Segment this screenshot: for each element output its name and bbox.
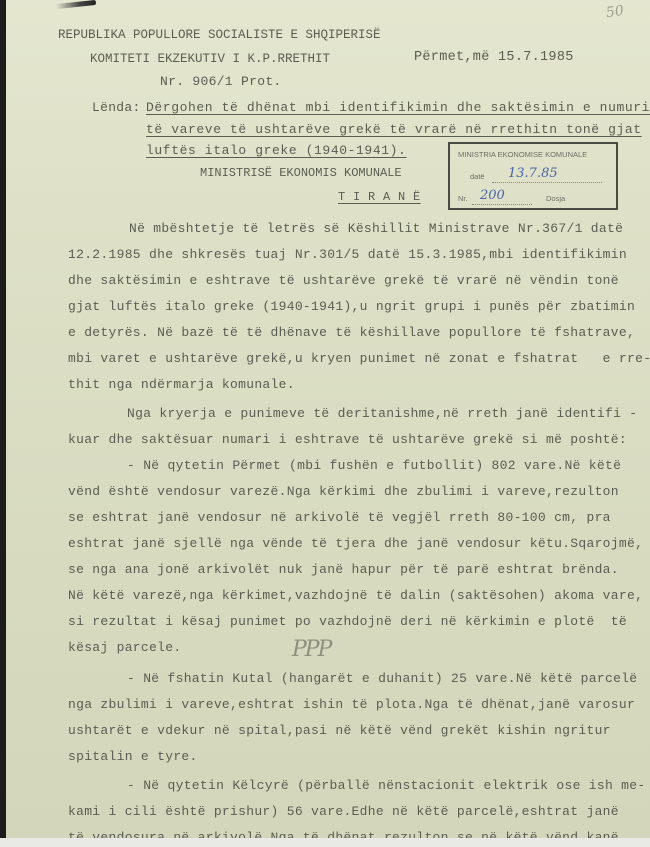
recipient-ministry: MINISTRISË EKONOMIS KOMUNALE (200, 166, 402, 180)
body-line: spitalin e tyre. (68, 749, 198, 764)
registration-stamp: MINISTRIA EKONOMISE KOMUNALE datë 13.7.8… (448, 142, 618, 210)
body-line: mbi varet e ushtarëve grekë,u kryen puni… (68, 351, 650, 366)
subject-line: të vareve të ushtarëve grekë të vrarë në… (146, 122, 642, 137)
body-line: ushtarët e vdekur në spital,pasi në këtë… (68, 723, 611, 738)
ink-mark (56, 0, 96, 9)
body-line: e detyrës. Në bazë të të dhënave të kësh… (68, 325, 635, 340)
body-line: nga zbulimi i vareve,eshtrat ishin të pl… (68, 697, 635, 712)
header-committee: KOMITETI EKZEKUTIV I K.P.RRETHIT (90, 52, 330, 66)
stamp-date-line (492, 182, 602, 183)
body-line: thit nga ndërmarja komunale. (68, 377, 295, 392)
body-line: gjat luftës italo greke (1940-1941),u ng… (68, 299, 635, 314)
handwritten-page-number: 50 (605, 3, 625, 21)
place-date: Përmet,më 15.7.1985 (414, 50, 574, 65)
subject-line: luftës italo greke (1940-1941). (146, 143, 406, 158)
subject-label: Lënda: (92, 100, 141, 115)
protocol-number: Nr. 906/1 Prot. (160, 74, 282, 89)
margin-annotation: PPP (292, 637, 330, 662)
body-line: si rezultat i kësaj punimet po vazhdojnë… (68, 614, 627, 629)
body-line: Në këtë varezë,nga kërkimet,vazhdojnë të… (68, 588, 643, 603)
bottom-edge (0, 838, 650, 847)
document-page: 50 REPUBLIKA POPULLORE SOCIALISTE E SHQI… (6, 0, 650, 838)
stamp-date-value: 13.7.85 (508, 166, 558, 181)
body-line: të vendosura në arkivolë.Nga të dhënat r… (68, 830, 619, 838)
body-line: - Në qytetin Përmet (mbi fushën e futbol… (127, 458, 621, 473)
body-line: Nga kryerja e punimeve të deritanishme,n… (127, 406, 637, 421)
stamp-number-line (472, 204, 532, 205)
header-republic: REPUBLIKA POPULLORE SOCIALISTE E SHQIPER… (58, 28, 381, 42)
body-line: - Në qytetin Këlcyrë (përballë nënstacio… (127, 778, 645, 793)
body-line: eshtrat janë sjellë nga vënde të tjera d… (68, 536, 643, 551)
body-line: vënd është vendosur varezë.Nga kërkimi d… (68, 484, 619, 499)
body-line: kësaj parcele. (68, 640, 181, 655)
body-line: 12.2.1985 dhe shkresës tuaj Nr.301/5 dat… (68, 247, 627, 262)
recipient-city: T I R A N Ë (338, 190, 421, 204)
body-line: kuar dhe saktësuar numari i eshtrave të … (68, 432, 627, 447)
stamp-file-label: Dosja (546, 194, 565, 203)
stamp-title: MINISTRIA EKONOMISE KOMUNALE (458, 150, 587, 159)
stamp-date-label: datë (470, 172, 485, 181)
stamp-number-label: Nr. (458, 194, 468, 203)
body-line: se nga ana jonë arkivolët nuk janë hapur… (68, 562, 619, 577)
subject-line: Dërgohen të dhënat mbi identifikimin dhe… (146, 100, 650, 115)
body-line: kami i cili është prishur) 56 vare.Edhe … (68, 804, 619, 819)
body-line: - Në fshatin Kutal (hangarët e duhanit) … (127, 671, 637, 686)
body-line: se eshtrat janë vendosur në arkivolë të … (68, 510, 611, 525)
body-line: Në mbështetje të letrës së Këshillit Min… (129, 221, 623, 236)
body-line: dhe saktësimin e eshtrave të ushtarëve g… (68, 273, 619, 288)
stamp-number-value: 200 (480, 188, 505, 203)
